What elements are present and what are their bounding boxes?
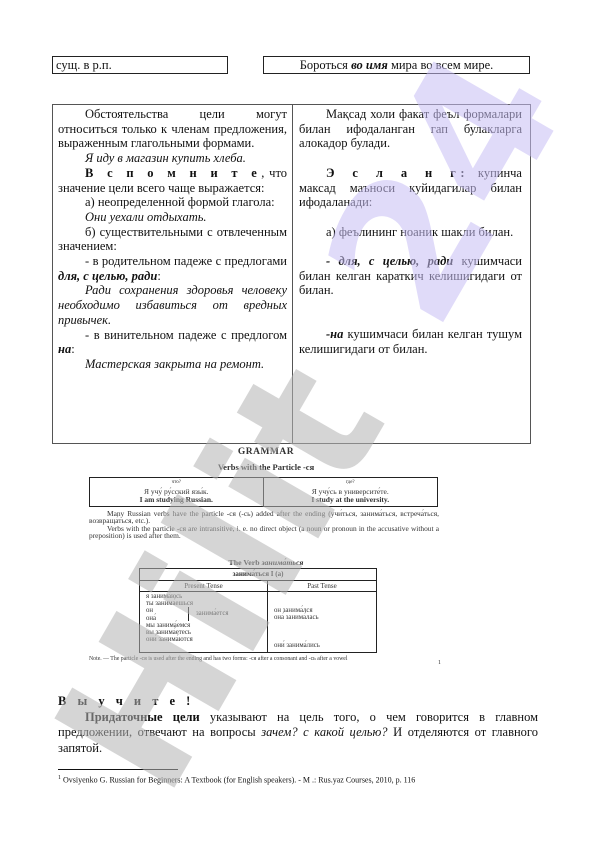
past-forms: он занима́лся она́ занима́лась они́ зани…	[274, 593, 374, 650]
case-label: сущ. в р.п.	[56, 58, 112, 72]
example-comparison-box: что? Я учу́ ру́сский язы́к. I am studyin…	[89, 477, 438, 507]
example-emphasis: во имя	[351, 58, 388, 72]
uz-item-c: -на кушимчаси билан келган тушум келишиг…	[299, 327, 522, 356]
ru-remember-label: В с п о м н и т е	[85, 166, 261, 180]
footnote-separator	[58, 769, 178, 770]
ru-example-a: Они уехали отдыхать.	[58, 210, 287, 225]
footnote: 1 Ovsiyenko G. Russian for Beginners: A …	[58, 773, 415, 786]
grammar-note: Note. — The particle -ся is used after t…	[89, 656, 439, 662]
uz-item-b: - для, с целью, ради кушимчаси билан кел…	[299, 254, 522, 298]
ru-example-1: Я иду в магазин купить хлеба.	[58, 151, 287, 166]
scan-page-number: 1	[438, 660, 441, 666]
case-label-cell: сущ. в р.п.	[52, 56, 228, 74]
ru-item-a: а) неопределенной формой глагола:	[58, 195, 287, 210]
verb-table-title: The Verb занима́ться	[86, 558, 446, 567]
ru-genitive-prepositions: для, с целью, ради	[58, 269, 157, 283]
bilingual-grammar-table: Обстоятельства цели могут относиться тол…	[52, 104, 531, 444]
past-tense-header: Past Tense	[268, 581, 376, 591]
example-right: где? Я учу́сь в университе́те. I study a…	[264, 478, 438, 506]
example-left: что? Я учу́ ру́сский язы́к. I am studyin…	[90, 478, 264, 506]
ru-intro-paragraph: Обстоятельства цели могут относиться тол…	[58, 107, 287, 151]
uz-remember-paragraph: Э с л а н г: купинча максад маъноси куйи…	[299, 166, 522, 210]
grammar-subtitle: Verbs with the Particle -ся	[86, 462, 446, 472]
uz-remember-label: Э с л а н г:	[326, 166, 469, 180]
ru-sub-item-accusative: - в винительном падеже с предлогом на:	[58, 328, 287, 357]
learn-section: В ы у ч и т е ! Придаточные цели указыва…	[58, 694, 538, 756]
example-text-before: Бороться	[300, 58, 351, 72]
learn-paragraph: Придаточные цели указывают на цель того,…	[58, 710, 538, 757]
ru-example-b1: Ради сохранения здоровья человеку необхо…	[58, 283, 287, 327]
uz-intro-paragraph: Maқсад холи факат феъл формалари билан и…	[299, 107, 522, 151]
ru-remember-paragraph: В с п о м н и т е, что значение цели все…	[58, 166, 287, 195]
ru-example-b2: Мастерская закрыта на ремонт.	[58, 357, 287, 372]
russian-column: Обстоятельства цели могут относиться тол…	[53, 105, 293, 443]
uz-item-a: а) феълининг ноаник шакли билан.	[299, 225, 522, 240]
present-tense-header: Present Tense	[140, 581, 267, 591]
present-forms: я занима́юсь ты занима́ешься онзанима́ет…	[146, 593, 264, 643]
ru-item-b: б) существительными с отвлеченным значен…	[58, 225, 287, 254]
grammar-scan-image: GRAMMAR Verbs with the Particle -ся что?…	[86, 446, 446, 686]
learn-term: Придаточные цели	[85, 710, 200, 724]
top-example-row: сущ. в р.п. Бороться во имя мира во всем…	[52, 56, 542, 74]
example-sentence-cell: Бороться во имя мира во всем мире.	[263, 56, 530, 74]
conjugation-header: занима́ться I (а)	[140, 569, 376, 581]
ru-sub-item-genitive: - в родительном падеже с предлогами для,…	[58, 254, 287, 283]
learn-questions: зачем? с какой целью?	[261, 725, 387, 739]
learn-heading: В ы у ч и т е !	[58, 694, 538, 710]
grammar-explanation: Many Russian verbs have the particle -ся…	[89, 510, 439, 540]
example-text-after: мира во всем мире.	[388, 58, 493, 72]
ru-accusative-preposition: на	[58, 342, 71, 356]
grammar-title: GRAMMAR	[86, 447, 446, 457]
conjugation-table: занима́ться I (а) Present Tense Past Ten…	[139, 568, 377, 653]
uzbek-column: Maқсад холи факат феъл формалари билан и…	[293, 105, 530, 443]
